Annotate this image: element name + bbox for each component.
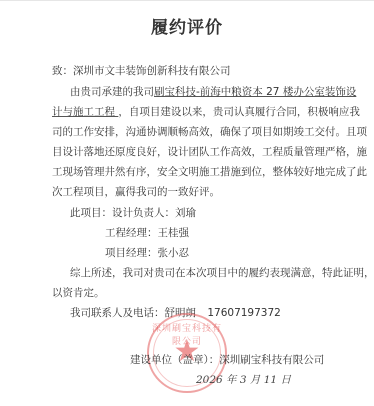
document-title: 履约评价: [0, 13, 374, 38]
engineering-manager: 工程经理：王桂强: [105, 226, 189, 240]
body-line-1-prefix: 由贵司承建的我司: [70, 86, 154, 98]
salutation: 致：深圳市文丰装饰创新科技有限公司: [52, 64, 231, 78]
signature-date: 2026 年 3 月 11 日: [196, 373, 291, 387]
contact-phone: 17607197372: [207, 307, 281, 319]
project-label: 此项目：: [70, 207, 112, 219]
project-name-underlined: 刷宝科技-前海中粮资本 27 楼办公室装饰设: [154, 86, 356, 98]
body-line-5: 工现场管理井然有序，安全文明施工措施到位，整体较好地完成了此: [52, 165, 367, 179]
body-line-2-rest: ，自项目建设以来，贵司认真履行合同，积极响应我: [118, 106, 360, 118]
project-name-underlined-cont: 计与施工工程: [52, 106, 118, 118]
project-people-row-1: 此项目：设计负责人：刘瑜: [70, 206, 196, 220]
conclusion-line-1: 综上所述，我司对贵司在本次项目中的履约表现满意，特此证明，: [70, 266, 374, 280]
body-line-4: 目设计落地还原度良好，设计团队工作高效，工程质量管理严格，施: [52, 145, 367, 159]
signature-unit: 建设单位（盖章）：深圳刷宝科技有限公司: [130, 353, 324, 367]
conclusion-line-2: 以资肯定。: [52, 286, 105, 300]
design-lead: 设计负责人：刘瑜: [112, 207, 196, 219]
page-top-border: [0, 0, 374, 1]
body-line-2: 计与施工工程 ，自项目建设以来，贵司认真履行合同，积极响应我: [52, 105, 360, 119]
body-line-1: 由贵司承建的我司刷宝科技-前海中粮资本 27 楼办公室装饰设: [70, 85, 356, 99]
body-line-6: 次工程项目，赢得我司的一致好评。: [52, 185, 220, 199]
body-line-3: 司的工作安排，沟通协调顺畅高效，确保了项目如期竣工交付。且项: [52, 125, 367, 139]
project-manager: 项目经理：张小忍: [105, 246, 189, 260]
